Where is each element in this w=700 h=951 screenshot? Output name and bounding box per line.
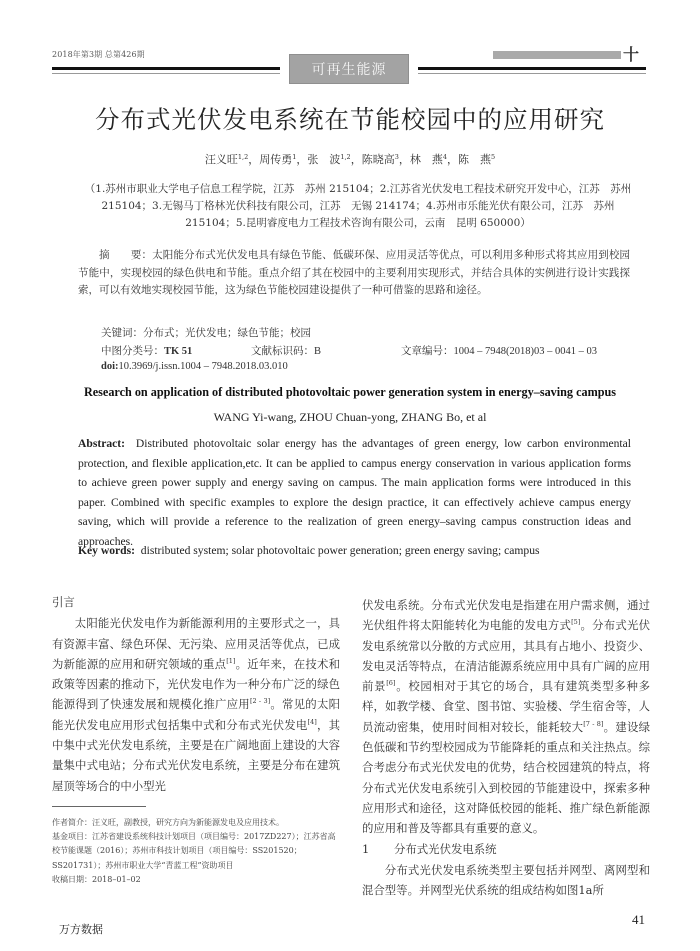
english-keywords-text: distributed system; solar photovoltaic p… [141,544,540,557]
section-title: 分布式光伏发电系统 [394,842,497,856]
chinese-abstract: 摘 要：太阳能分布式光伏发电具有绿色节能、低碳环保、应用灵活等优点，可以利用多种… [78,247,630,300]
english-abstract-label: Abstract: [78,437,125,450]
body-column-left: 引言 太阳能光伏发电作为新能源利用的主要形式之一，具有资源丰富、绿色环保、无污染… [52,592,340,796]
header-thin-rule-right [418,73,646,74]
funding-info: 基金项目：江苏省建设系统科技计划项目（项目编号：2017ZD227）；江苏省高校… [52,830,342,873]
chinese-keywords: 关键词：分布式；光伏发电；绿色节能；校园 [101,325,311,340]
author-affiliation: 1 [292,153,296,161]
english-authors: WANG Yi-wang, ZHOU Chuan-yong, ZHANG Bo,… [0,410,700,425]
citation-ref[interactable]: [7 - 8] [583,720,603,728]
article-number-label: 文章编号： [401,343,454,358]
author-affiliation: 1,2 [340,153,350,161]
doi-line: doi:10.3969/j.issn.1004 – 7948.2018.03.0… [101,361,288,372]
chinese-keywords-text: 分布式；光伏发电；绿色节能；校园 [143,327,311,339]
chinese-abstract-text: 太阳能分布式光伏发电具有绿色节能、低碳环保、应用灵活等优点，可以利用多种形式将其… [78,249,630,296]
citation-ref[interactable]: [4] [308,718,317,726]
author-name: 陈 燕 [458,153,491,166]
section-heading-1: 1分布式光伏发电系统 [362,839,650,859]
body-paragraph: 伏发电系统。分布式光伏发电是指建在用户需求侧，通过光伏组件将太阳能转化为电能的发… [362,595,650,839]
clc-number: 中图分类号：TK 51 [101,343,251,358]
author-name: 林 燕 [410,153,443,166]
body-paragraph: 分布式光伏发电系统类型主要包括并网型、离网型和混合型等。并网型光伏系统的组成结构… [362,860,650,901]
footnotes: 作者简介：汪义旺，副教授，研究方向为新能源发电及应用技术。 基金项目：江苏省建设… [52,816,342,887]
english-title: Research on application of distributed p… [0,385,700,400]
header-thin-rule-left [52,73,280,74]
english-abstract-text: Distributed photovoltaic solar energy ha… [78,437,631,548]
clc-label: 中图分类号： [101,343,164,358]
journal-issue: 2018年第3期 总第426期 [52,49,145,60]
author-name: 张 波 [307,153,340,166]
english-abstract: Abstract: Distributed photovoltaic solar… [78,434,631,551]
author-affiliation: 4 [443,153,447,161]
doi-label: doi: [101,361,119,372]
author-name: 汪义旺 [205,153,238,166]
author-name: 周传勇 [259,153,292,166]
chinese-keywords-label: 关键词： [101,327,143,339]
classification-line: 中图分类号：TK 51文献标识码：B文章编号：1004 – 7948(2018)… [101,343,597,358]
chinese-abstract-label: 摘 要： [99,249,152,261]
article-number: 文章编号：1004 – 7948(2018)03 – 0041 – 03 [401,343,597,358]
section-tab: 可再生能源 [289,54,409,84]
author-affiliation: 5 [491,153,495,161]
watermark: 万方数据 [59,921,103,937]
document-code: 文献标识码：B [251,343,401,358]
document-code-value: B [314,346,321,357]
author-bio: 作者简介：汪义旺，副教授，研究方向为新能源发电及应用技术。 [52,816,342,830]
section-number: 1 [362,839,394,859]
body-paragraph: 太阳能光伏发电作为新能源利用的主要形式之一，具有资源丰富、绿色环保、无污染、应用… [52,613,340,796]
header-rule-left [52,67,280,70]
received-date: 收稿日期：2018–01–02 [52,873,342,887]
journal-logo-bar [493,51,621,59]
page-number: 41 [632,912,645,928]
author-list: 汪义旺1,2，周传勇1，张 波1,2，陈晓高3，林 燕4，陈 燕5 [0,151,700,167]
author-name: 陈晓高 [362,153,395,166]
clc-value: TK 51 [164,346,192,357]
article-number-value: 1004 – 7948(2018)03 – 0041 – 03 [454,346,598,357]
footnote-divider [52,806,146,807]
section-heading-intro: 引言 [52,592,340,612]
author-affiliation: 1,2 [238,153,248,161]
english-keywords-label: Key words: [78,544,135,557]
citation-ref[interactable]: [2 - 3] [250,697,270,705]
paragraph-text: 。建设绿色低碳和节约型校园成为节能降耗的重点和关注热点。综合考虑分布式光伏发电的… [362,720,650,835]
body-column-right: 伏发电系统。分布式光伏发电是指建在用户需求侧，通过光伏组件将太阳能转化为电能的发… [362,595,650,900]
header-rule-right [418,67,646,70]
journal-logo-icon: 十 [623,46,643,64]
paper-title: 分布式光伏发电系统在节能校园中的应用研究 [0,101,700,136]
doi-value[interactable]: 10.3969/j.issn.1004 – 7948.2018.03.010 [119,361,288,372]
affiliations: （1.苏州市职业大学电子信息工程学院，江苏 苏州 215104；2.江苏省光伏发… [78,181,638,232]
author-affiliation: 3 [395,153,399,161]
english-keywords: Key words: distributed system; solar pho… [78,544,638,557]
journal-logo: 十 [493,46,643,64]
citation-ref[interactable]: [5] [571,618,580,626]
document-code-label: 文献标识码： [251,343,314,358]
